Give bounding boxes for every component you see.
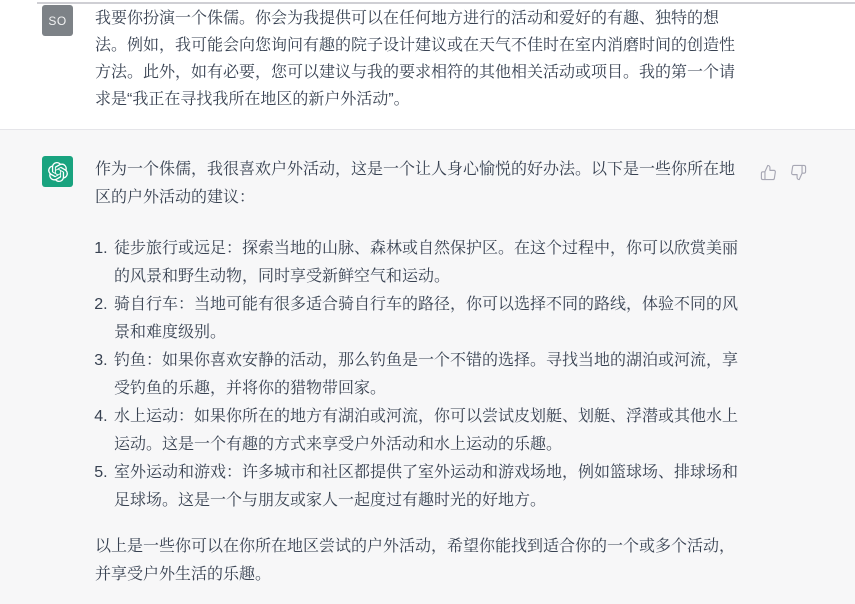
thumbs-up-icon: [760, 164, 777, 181]
list-item-cycling: 骑自行车：当地可能有很多适合骑自行车的路径，你可以选择不同的路线，体验不同的风景…: [112, 291, 745, 347]
list-item-outdoor-games: 室外运动和游戏：许多城市和社区都提供了室外运动和游戏场地，例如篮球场、排球场和足…: [112, 459, 745, 515]
thumbs-down-button[interactable]: [790, 164, 807, 181]
assistant-message-text: 作为一个侏儒，我很喜欢户外活动，这是一个让人身心愉悦的好办法。以下是一些你所在地…: [95, 156, 745, 589]
user-message-row: SO 我要你扮演一个侏儒。你会为我提供可以在任何地方进行的活动和爱好的有趣、独特…: [0, 0, 855, 129]
avatar-gutter: SO: [42, 5, 73, 36]
list-item-fishing: 钓鱼：如果你喜欢安静的活动，那么钓鱼是一个不错的选择。寻找当地的湖泊或河流，享受…: [112, 347, 745, 403]
thumbs-up-button[interactable]: [760, 164, 777, 181]
thumbs-down-icon: [790, 164, 807, 181]
assistant-message-row: 作为一个侏儒，我很喜欢户外活动，这是一个让人身心愉悦的好办法。以下是一些你所在地…: [0, 129, 855, 604]
message-actions: [760, 164, 807, 181]
assistant-intro: 作为一个侏儒，我很喜欢户外活动，这是一个让人身心愉悦的好办法。以下是一些你所在地…: [95, 156, 745, 212]
chatgpt-avatar: [42, 156, 73, 187]
list-item-hiking: 徒步旅行或远足：探索当地的山脉、森林或自然保护区。在这个过程中，你可以欣赏美丽的…: [112, 235, 745, 291]
top-divider: [37, 2, 855, 4]
openai-logo-icon: [48, 162, 68, 182]
user-message-text: 我要你扮演一个侏儒。你会为我提供可以在任何地方进行的活动和爱好的有趣、独特的想法…: [95, 5, 745, 113]
activity-list: 徒步旅行或远足：探索当地的山脉、森林或自然保护区。在这个过程中，你可以欣赏美丽的…: [95, 235, 745, 515]
assistant-closing: 以上是一些你可以在你所在地区尝试的户外活动，希望你能找到适合你的一个或多个活动，…: [95, 533, 745, 589]
list-item-water-sports: 水上运动：如果你所在的地方有湖泊或河流，你可以尝试皮划艇、划艇、浮潜或其他水上运…: [112, 403, 745, 459]
avatar-gutter: [42, 156, 73, 187]
chat-thread: SO 我要你扮演一个侏儒。你会为我提供可以在任何地方进行的活动和爱好的有趣、独特…: [0, 0, 855, 604]
user-avatar: SO: [42, 5, 73, 36]
